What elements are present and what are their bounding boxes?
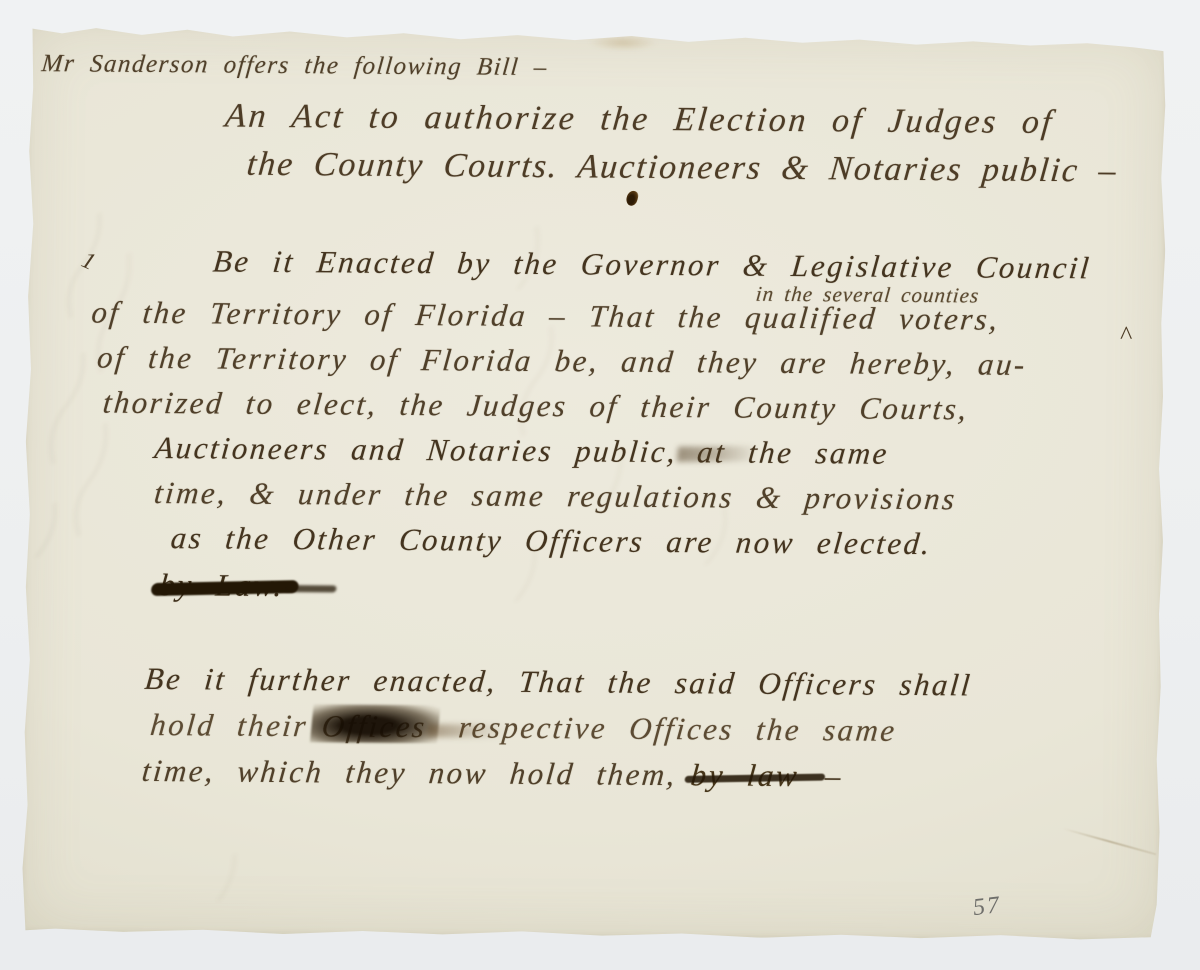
second-section-line-2: hold theirOffices respective Offices the… xyxy=(149,707,899,749)
line3-dash: – xyxy=(823,758,844,794)
line5-end: same xyxy=(814,435,891,471)
scan-background: Mr Sanderson offers the following Bill –… xyxy=(0,0,1200,970)
line5-text: Auctioneers and Notaries public, xyxy=(153,430,679,469)
enacting-clause-line-4: thorized to elect, the Judges of their C… xyxy=(101,385,970,428)
struck-out-by-law: by Law. xyxy=(158,567,286,604)
struck-out-by-law-2: by law xyxy=(689,757,801,794)
margin-mark: 1 xyxy=(77,247,99,277)
line2-end: respective Offices the same xyxy=(457,709,898,747)
top-edge-stain xyxy=(588,34,658,51)
enacting-clause-line-7: as the Other County Officers are now ele… xyxy=(169,520,933,562)
smeared-words: at the xyxy=(696,434,796,471)
blotted-word: Offices xyxy=(320,708,428,745)
second-section-line-1: Be it further enacted, That the said Off… xyxy=(143,661,974,703)
ink-blot xyxy=(625,190,639,207)
line3-start: time, which they now hold them, xyxy=(141,753,679,792)
enacting-clause-line-3: of the Territory of Florida be, and they… xyxy=(96,340,1029,383)
bill-title-line-2: the County Courts. Auctioneers & Notarie… xyxy=(245,146,1119,191)
pencil-folio-number: 57 xyxy=(972,892,1003,922)
enacting-clause-line-6: time, & under the same regulations & pro… xyxy=(153,475,959,517)
corner-crease xyxy=(1063,828,1156,856)
enacting-clause-line-5: Auctioneers and Notaries public,at the s… xyxy=(153,430,891,472)
enacting-clause-line-8: by Law. xyxy=(158,567,286,604)
manuscript-page: Mr Sanderson offers the following Bill –… xyxy=(21,24,1167,941)
second-section-line-3: time, which they now hold them,by law– xyxy=(140,753,844,794)
insertion-caret: ^ xyxy=(1119,321,1130,351)
attribution-line: Mr Sanderson offers the following Bill – xyxy=(40,50,549,82)
bill-title-line-1: An Act to authorize the Election of Judg… xyxy=(223,98,1055,142)
line2-start: hold their xyxy=(149,707,310,743)
enacting-clause-line-1: Be it Enacted by the Governor & Legislat… xyxy=(211,243,1092,286)
enacting-clause-line-2: of the Territory of Florida – That the q… xyxy=(90,295,1001,338)
